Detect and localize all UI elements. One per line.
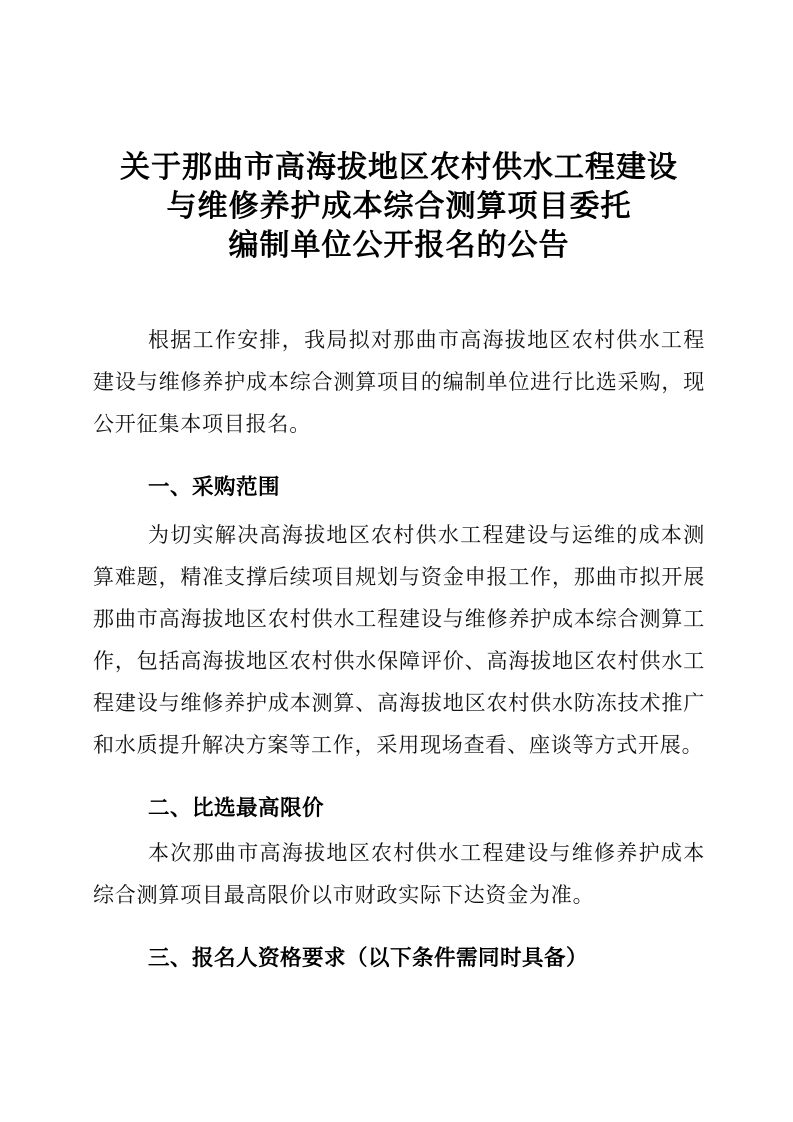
section-3-heading: 三、报名人资格要求（以下条件需同时具备） <box>93 937 705 979</box>
title-line-2: 与维修养护成本综合测算项目委托 <box>93 187 705 226</box>
document-page: 关于那曲市高海拔地区农村供水工程建设 与维修养护成本综合测算项目委托 编制单位公… <box>0 0 793 1122</box>
title-line-3: 编制单位公开报名的公告 <box>93 226 705 265</box>
section-2-paragraph: 本次那曲市高海拔地区农村供水工程建设与维修养护成本综合测算项目最高限价以市财政实… <box>93 832 705 916</box>
section-1-paragraph: 为切实解决高海拔地区农村供水工程建设与运维的成本测算难题，精准支撑后续项目规划与… <box>93 514 705 766</box>
document-content: 关于那曲市高海拔地区农村供水工程建设 与维修养护成本综合测算项目委托 编制单位公… <box>0 148 793 979</box>
section-2-heading: 二、比选最高限价 <box>93 787 705 829</box>
title-line-1: 关于那曲市高海拔地区农村供水工程建设 <box>93 148 705 187</box>
document-title: 关于那曲市高海拔地区农村供水工程建设 与维修养护成本综合测算项目委托 编制单位公… <box>93 148 705 265</box>
section-1-heading: 一、采购范围 <box>93 466 705 508</box>
intro-paragraph: 根据工作安排，我局拟对那曲市高海拔地区农村供水工程建设与维修养护成本综合测算项目… <box>93 319 705 445</box>
